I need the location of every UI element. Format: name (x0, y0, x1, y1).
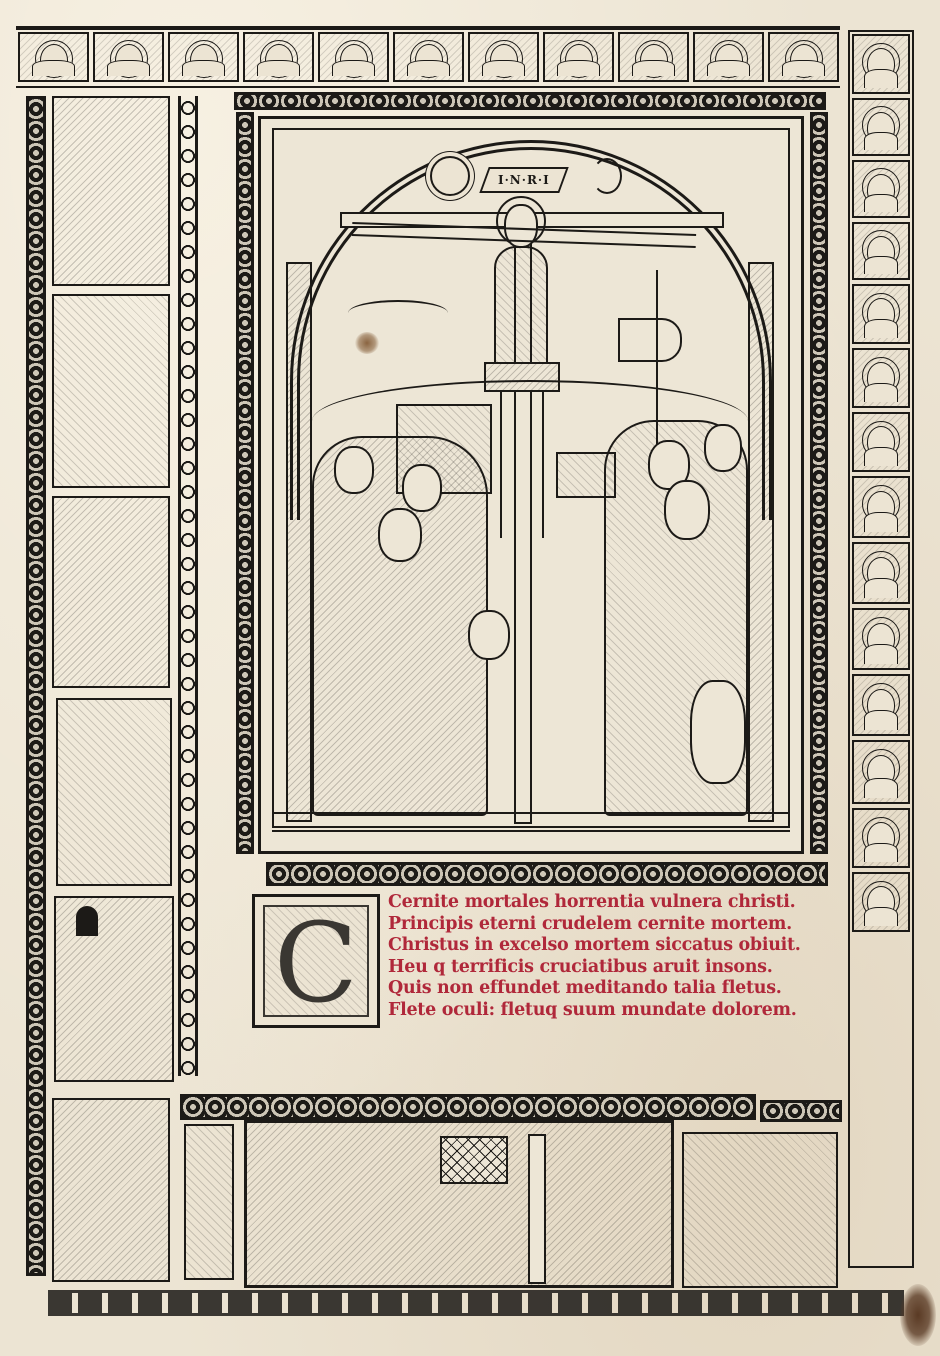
saint-portrait (618, 32, 689, 82)
saint-portrait (852, 740, 910, 804)
scene-washing-feet (54, 896, 174, 1082)
left-vine-border (26, 96, 46, 1276)
scene-entry-jerusalem (52, 1098, 170, 1282)
saint-portrait (852, 412, 910, 472)
soldier-head (704, 424, 742, 472)
saint-portrait (393, 32, 464, 82)
mourner-head (402, 464, 442, 512)
saint-portrait (852, 674, 910, 736)
cloud-icon (348, 300, 448, 326)
saint-portrait (168, 32, 239, 82)
historiated-initial: C (252, 894, 380, 1028)
main-frame-bottom-leaf-band (266, 862, 828, 886)
christ-body (494, 246, 548, 380)
main-frame-top-leaf-band (234, 92, 826, 110)
saint-portrait (852, 476, 910, 538)
left-wave-border (178, 96, 198, 1076)
arched-window-icon (76, 906, 98, 936)
foxing-stain (355, 332, 379, 354)
saint-portrait (693, 32, 764, 82)
moon-icon (592, 158, 622, 194)
top-border-rule-lower (16, 86, 840, 88)
left-column (286, 262, 312, 822)
banner-icon (618, 318, 682, 362)
verse-line: Flete oculi: fletuq suum mundate dolorem… (388, 1000, 828, 1022)
saint-portrait (18, 32, 89, 82)
lattice-window-icon (440, 1136, 508, 1184)
rubricated-verse: Cernite mortales horrentia vulnera chris… (388, 892, 828, 1022)
saint-portrait (543, 32, 614, 82)
saint-portrait (468, 32, 539, 82)
mourners-group (312, 436, 488, 816)
bearded-man-head (664, 480, 710, 540)
top-saints-border (18, 32, 839, 82)
scene-raising-lazarus (682, 1132, 838, 1288)
saint-portrait (93, 32, 164, 82)
column-icon (528, 1134, 546, 1284)
sun-icon (430, 156, 470, 196)
saint-portrait (768, 32, 839, 82)
scene-flagellation (52, 496, 170, 688)
saint-portrait (852, 808, 910, 868)
saint-portrait (852, 542, 910, 604)
saint-portrait (852, 608, 910, 670)
saint-portrait (852, 872, 910, 932)
bottom-brick-band (48, 1290, 904, 1316)
right-saints-column (852, 34, 910, 936)
magdalene-head (468, 610, 510, 660)
inri-titulus: I·N·R·I (479, 167, 568, 193)
scene-apostle-panel (184, 1124, 234, 1280)
saint-portrait (852, 222, 910, 280)
bottom-ornament-band-right (760, 1100, 842, 1122)
scene-betrayal (56, 698, 172, 886)
verse-line: Christus in excelso mortem siccatus obiu… (388, 935, 828, 957)
saint-portrait (852, 160, 910, 218)
verse-line: Heu q terrificis cruciatibus aruit inson… (388, 957, 828, 979)
main-frame-left-leaf-band (236, 112, 254, 854)
scene-carrying-cross (52, 96, 170, 286)
mourner-head (334, 446, 374, 494)
verse-line: Quis non effundet meditando talia fletus… (388, 978, 828, 1000)
verse-line: Cernite mortales horrentia vulnera chris… (388, 892, 828, 914)
initial-letter: C (263, 905, 369, 1017)
virgin-mary-head (378, 508, 422, 562)
shield-mask-icon (690, 680, 746, 784)
saint-portrait (852, 34, 910, 94)
saint-portrait (318, 32, 389, 82)
saint-portrait (852, 98, 910, 156)
top-border-rule (16, 26, 840, 30)
foxing-stain (900, 1284, 936, 1346)
scene-before-pilate (52, 294, 170, 488)
crucifixion-base-ledge (272, 812, 790, 832)
main-frame-right-leaf-band (810, 112, 828, 854)
right-column (748, 262, 774, 822)
saint-portrait (852, 284, 910, 344)
verse-line: Principis eterni crudelem cernite mortem… (388, 914, 828, 936)
saint-portrait (243, 32, 314, 82)
saint-portrait (852, 348, 910, 408)
bottom-ornament-band (180, 1094, 756, 1120)
